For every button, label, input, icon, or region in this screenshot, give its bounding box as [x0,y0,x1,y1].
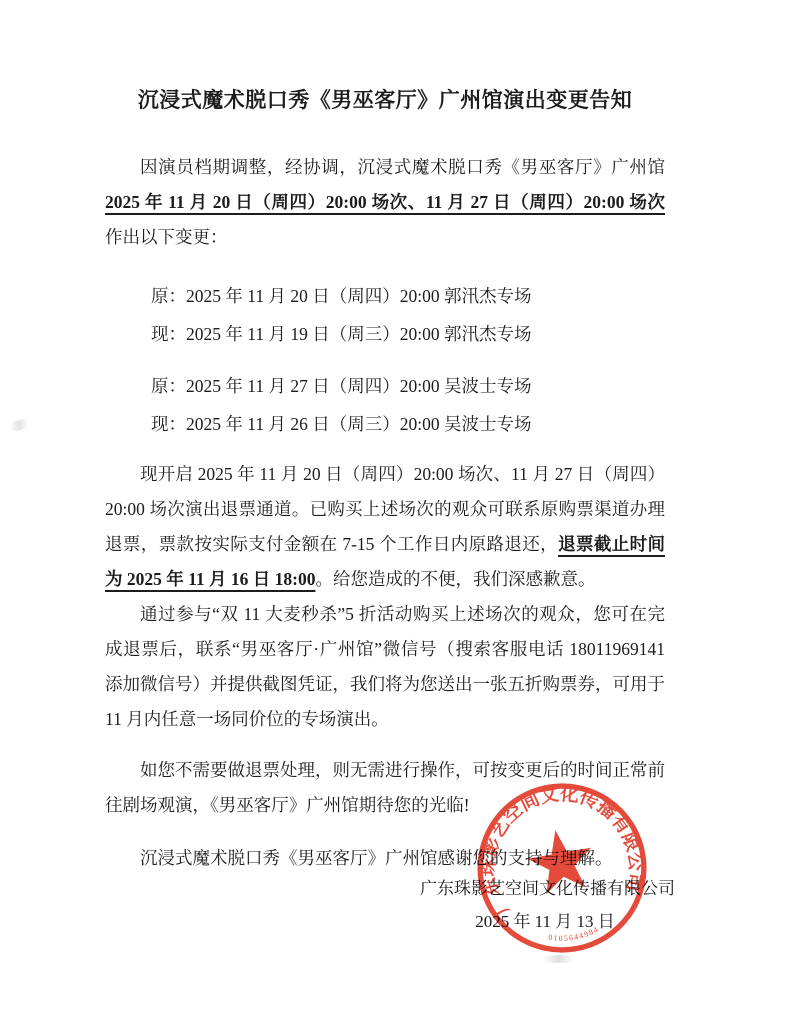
seal-star-icon [524,825,598,896]
schedule-2-updated: 现：2025 年 11 月 26 日（周三）20:00 吴波士专场 [151,405,665,443]
scan-smudge-bottom [540,955,578,963]
intro-paragraph: 因演员档期调整，经协调，沉浸式魔术脱口秀《男巫客厅》广州馆 2025 年 11 … [105,150,665,255]
page-title: 沉浸式魔术脱口秀《男巫客厅》广州馆演出变更告知 [105,84,665,114]
schedule-2-original: 原：2025 年 11 月 27 日（周四）20:00 吴波士专场 [151,367,665,405]
schedule-1-original: 原：2025 年 11 月 20 日（周四）20:00 郭汛杰专场 [151,277,665,315]
intro-text-post: 作出以下变更： [105,227,228,247]
document-content: 沉浸式魔术脱口秀《男巫客厅》广州馆演出变更告知 因演员档期调整，经协调，沉浸式魔… [105,84,665,876]
scan-smudge-left [7,417,33,434]
schedule-1-updated: 现：2025 年 11 月 19 日（周三）20:00 郭汛杰专场 [151,315,665,353]
schedule-change-2: 原：2025 年 11 月 27 日（周四）20:00 吴波士专场 现：2025… [105,367,665,443]
refund-paragraph: 现开启 2025 年 11 月 20 日（周四）20:00 场次、11 月 27… [105,457,665,597]
refund-text-post: 。给您造成的不便，我们深感歉意。 [316,569,596,589]
company-seal: 广东珠影艺空间文化传播有限公司 0105644984 [459,765,665,971]
intro-text-pre: 因演员档期调整，经协调，沉浸式魔术脱口秀《男巫客厅》广州馆 [140,157,665,177]
document-page: 沉浸式魔术脱口秀《男巫客厅》广州馆演出变更告知 因演员档期调整，经协调，沉浸式魔… [0,0,795,1013]
schedule-change-1: 原：2025 年 11 月 20 日（周四）20:00 郭汛杰专场 现：2025… [105,277,665,353]
intro-highlight: 2025 年 11 月 20 日（周四）20:00 场次、11 月 27 日（周… [105,192,665,212]
coupon-paragraph: 通过参与“双 11 大麦秒杀”5 折活动购买上述场次的观众，您可在完成退票后，联… [105,597,665,737]
